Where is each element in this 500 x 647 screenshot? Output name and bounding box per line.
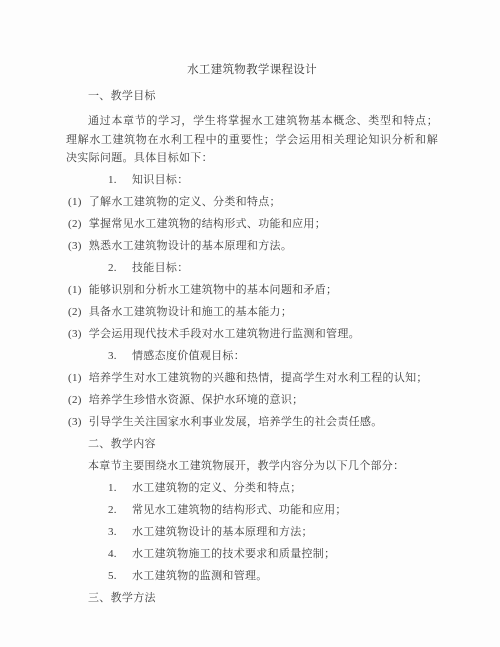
- content-item-text: 水工建筑物设计的基本原理和方法；: [132, 526, 313, 538]
- item-marker: (3): [68, 328, 82, 340]
- list-item: (1)培养学生对水工建筑物的兴趣和热情，提高学生对水利工程的认知；: [66, 372, 438, 385]
- list-item: (3)学会运用现代技术手段对水工建筑物进行监测和管理。: [66, 328, 438, 341]
- goal-group-label: 知识目标：: [132, 174, 189, 186]
- item-marker: (3): [68, 240, 82, 252]
- content-item: 4.水工建筑物施工的技术要求和质量控制；: [66, 548, 438, 561]
- list-item: (1)能够识别和分析水工建筑物中的基本问题和矛盾；: [66, 284, 438, 297]
- content-item-number: 5.: [108, 570, 132, 583]
- content-item: 1.水工建筑物的定义、分类和特点；: [66, 482, 438, 495]
- content-item: 2.常见水工建筑物的结构形式、功能和应用；: [66, 504, 438, 517]
- content-item-number: 1.: [108, 482, 132, 495]
- goal-group-knowledge: 1.知识目标：: [66, 174, 438, 187]
- item-marker: (1): [68, 196, 82, 208]
- content-item-text: 水工建筑物的监测和管理。: [132, 570, 268, 582]
- content-item-text: 水工建筑物施工的技术要求和质量控制；: [132, 548, 335, 560]
- section-heading-teaching-content: 二、教学内容: [66, 438, 438, 451]
- document-title: 水工建筑物教学课程设计: [66, 64, 438, 77]
- item-marker: (3): [68, 416, 82, 428]
- goal-group-values: 3.情感态度价值观目标：: [66, 350, 438, 363]
- item-marker: (2): [68, 306, 82, 318]
- item-text: 能够识别和分析水工建筑物中的基本问题和矛盾；: [89, 284, 338, 296]
- section1-intro-paragraph: 通过本章节的学习，学生将掌握水工建筑物基本概念、类型和特点；理解水工建筑物在水利…: [66, 112, 438, 168]
- section-heading-teaching-methods: 三、教学方法: [66, 592, 438, 605]
- goal-group-skills: 2.技能目标：: [66, 262, 438, 275]
- goal-group-label: 情感态度价值观目标：: [132, 350, 245, 362]
- item-marker: (1): [68, 372, 82, 384]
- item-marker: (1): [68, 284, 82, 296]
- goal-group-number: 2.: [108, 262, 132, 275]
- goal-group-number: 1.: [108, 174, 132, 187]
- list-item: (2)具备水工建筑物设计和施工的基本能力；: [66, 306, 438, 319]
- content-item: 3.水工建筑物设计的基本原理和方法；: [66, 526, 438, 539]
- item-text: 了解水工建筑物的定义、分类和特点；: [89, 196, 281, 208]
- section-heading-teaching-goals: 一、教学目标: [66, 90, 438, 103]
- goal-group-number: 3.: [108, 350, 132, 363]
- item-text: 引导学生关注国家水利事业发展，培养学生的社会责任感。: [89, 416, 383, 428]
- content-item-number: 4.: [108, 548, 132, 561]
- item-text: 具备水工建筑物设计和施工的基本能力；: [89, 306, 292, 318]
- content-item-number: 2.: [108, 504, 132, 517]
- item-marker: (2): [68, 218, 82, 230]
- item-text: 培养学生珍惜水资源、保护水环境的意识；: [89, 394, 304, 406]
- content-item-text: 水工建筑物的定义、分类和特点；: [132, 482, 302, 494]
- section2-intro-paragraph: 本章节主要围绕水工建筑物展开，教学内容分为以下几个部分：: [66, 460, 438, 473]
- item-text: 熟悉水工建筑物设计的基本原理和方法。: [89, 240, 292, 252]
- list-item: (3)熟悉水工建筑物设计的基本原理和方法。: [66, 240, 438, 253]
- item-text: 掌握常见水工建筑物的结构形式、功能和应用；: [89, 218, 326, 230]
- list-item: (2)掌握常见水工建筑物的结构形式、功能和应用；: [66, 218, 438, 231]
- item-text: 学会运用现代技术手段对水工建筑物进行监测和管理。: [89, 328, 360, 340]
- content-item-text: 常见水工建筑物的结构形式、功能和应用；: [132, 504, 347, 516]
- document-page: 水工建筑物教学课程设计 一、教学目标 通过本章节的学习，学生将掌握水工建筑物基本…: [0, 0, 500, 647]
- goal-group-label: 技能目标：: [132, 262, 189, 274]
- list-item: (1)了解水工建筑物的定义、分类和特点；: [66, 196, 438, 209]
- list-item: (2)培养学生珍惜水资源、保护水环境的意识；: [66, 394, 438, 407]
- content-item: 5.水工建筑物的监测和管理。: [66, 570, 438, 583]
- content-item-number: 3.: [108, 526, 132, 539]
- list-item: (3)引导学生关注国家水利事业发展，培养学生的社会责任感。: [66, 416, 438, 429]
- item-text: 培养学生对水工建筑物的兴趣和热情，提高学生对水利工程的认知；: [89, 372, 428, 384]
- item-marker: (2): [68, 394, 82, 406]
